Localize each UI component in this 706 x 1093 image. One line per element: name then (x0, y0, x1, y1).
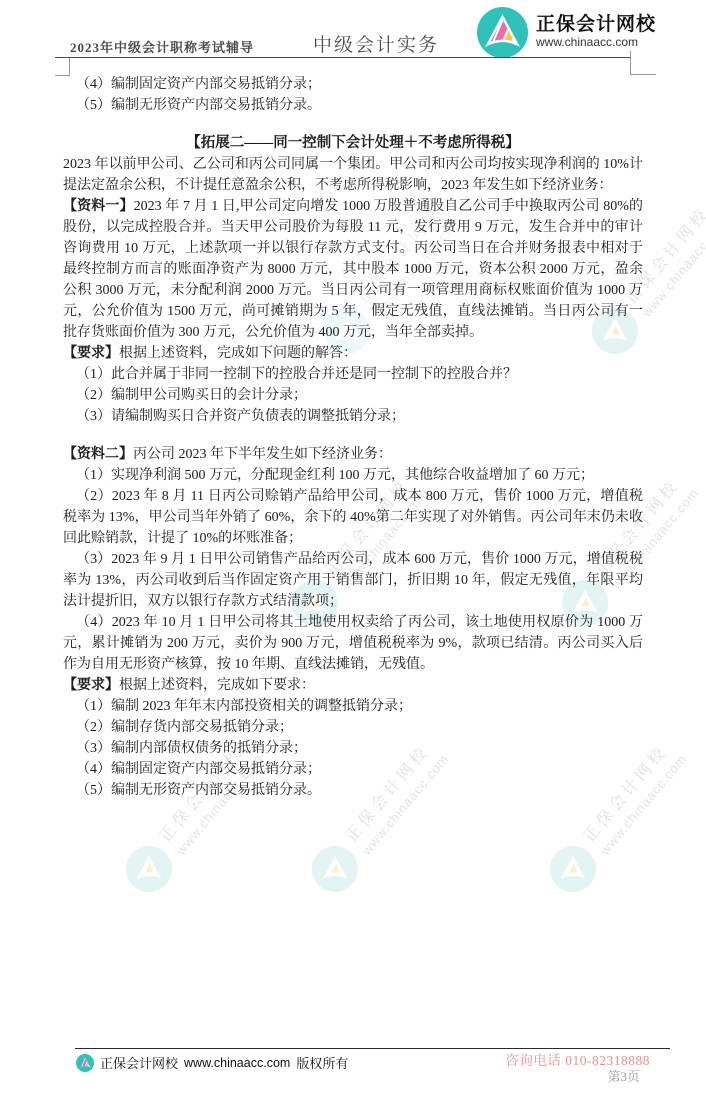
requirement1-text: 根据上述资料，完成如下问题的解答： (119, 346, 357, 361)
list-item: （3）2023 年 9 月 1 日甲公司销售产品给丙公司，成本 600 万元，售… (63, 549, 643, 612)
footer-copyright: 正保会计网校 www.chinaacc.com 版权所有 (76, 1053, 348, 1072)
document-page: 正保会计网校www.chinaacc.com 正保会计网校www.chinaac… (0, 0, 706, 1093)
header-subject-title: 中级会计实务 (313, 30, 439, 57)
list-item: （1）编制 2023 年年末内部投资相关的调整抵销分录； (63, 696, 643, 717)
footer-logo-icon (76, 1054, 94, 1072)
header-rule (55, 57, 630, 58)
list-item: （4）2023 年 10 月 1 日甲公司将其土地使用权卖给了丙公司，该土地使用… (63, 612, 643, 675)
crop-mark (69, 58, 70, 75)
list-item: （5）编制无形资产内部交易抵销分录。 (63, 95, 643, 116)
list-item: （2）2023 年 8 月 11 日丙公司赊销产品给甲公司，成本 800 万元，… (63, 486, 643, 549)
spacer (63, 427, 643, 444)
list-item: （4）编制固定资产内部交易抵销分录； (63, 759, 643, 780)
section-title: 【拓展二——同一控制下会计处理＋不考虑所得税】 (63, 133, 643, 154)
watermark-logo-icon (550, 846, 596, 892)
requirement1-paragraph: 【要求】根据上述资料，完成如下问题的解答： (63, 343, 643, 364)
brand-url: www.chinaacc.com (536, 36, 656, 49)
material2-text: 丙公司 2023 年下半年发生如下经济业务： (133, 447, 392, 462)
requirement2-paragraph: 【要求】根据上述资料，完成如下要求： (63, 675, 643, 696)
footer-brand: 正保会计网校 (100, 1053, 178, 1072)
watermark-logo-icon (126, 846, 172, 892)
crop-mark (630, 51, 631, 74)
list-item: （2）编制甲公司购买日的会计分录； (63, 385, 643, 406)
list-item: （3）请编制购买日合并资产负债表的调整抵销分录； (63, 406, 643, 427)
footer-page-number: 第3页 (607, 1066, 640, 1085)
header-course-title: 2023年中级会计职称考试辅导 (70, 37, 254, 56)
requirement1-label: 【要求】 (63, 346, 119, 361)
material1-paragraph: 【资料一】2023 年 7 月 1 日,甲公司定向增发 1000 万股普通股自乙… (63, 196, 643, 343)
document-body: （4）编制固定资产内部交易抵销分录； （5）编制无形资产内部交易抵销分录。 【拓… (63, 74, 643, 801)
requirement2-text: 根据上述资料，完成如下要求： (119, 678, 315, 693)
footer-url: www.chinaacc.com (184, 1056, 290, 1070)
background-paragraph: 2023 年以前甲公司、乙公司和丙公司同属一个集团。甲公司和丙公司均按实现净利润… (63, 154, 643, 196)
list-item: （3）编制内部债权债务的抵销分录； (63, 738, 643, 759)
material2-paragraph: 【资料二】丙公司 2023 年下半年发生如下经济业务： (63, 444, 643, 465)
footer-copyright-text: 版权所有 (296, 1053, 348, 1072)
list-item: （5）编制无形资产内部交易抵销分录。 (63, 780, 643, 801)
list-item: （1）实现净利润 500 万元，分配现金红利 100 万元，其他综合收益增加了 … (63, 465, 643, 486)
watermark-logo-icon (312, 846, 358, 892)
list-item: （2）编制存货内部交易抵销分录； (63, 717, 643, 738)
material1-text: 2023 年 7 月 1 日,甲公司定向增发 1000 万股普通股自乙公司手中换… (63, 199, 643, 340)
material2-label: 【资料二】 (63, 447, 133, 462)
material1-label: 【资料一】 (63, 199, 134, 214)
list-item: （1）此合并属于非同一控制下的控股合并还是同一控制下的控股合并？ (63, 364, 643, 385)
list-item: （4）编制固定资产内部交易抵销分录； (63, 74, 643, 95)
requirement2-label: 【要求】 (63, 678, 119, 693)
brand-name: 正保会计网校 (536, 15, 656, 36)
brand-logo-icon (477, 7, 528, 58)
